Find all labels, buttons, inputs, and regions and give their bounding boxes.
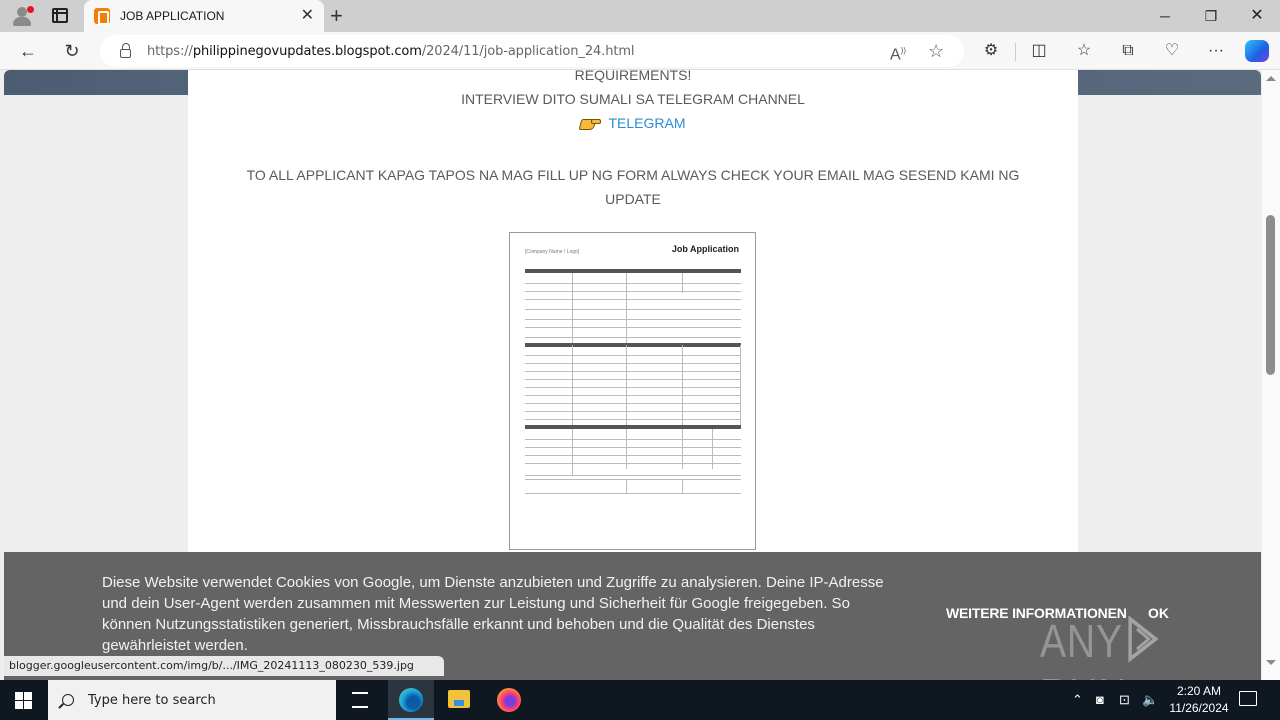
form-line	[525, 291, 741, 292]
link-status-bar: blogger.googleusercontent.com/img/b/.../…	[4, 656, 444, 676]
refresh-button[interactable]: ↻	[58, 38, 86, 64]
url-text[interactable]: https://philippinegovupdates.blogspot.co…	[147, 44, 634, 59]
notification-center-icon[interactable]	[1239, 691, 1257, 706]
system-clock[interactable]: 2:20 AM 11/26/2024	[1160, 683, 1238, 717]
form-line	[525, 479, 741, 480]
read-aloud-icon[interactable]: A))	[890, 35, 906, 67]
camera-icon[interactable]: ◙	[1096, 680, 1104, 720]
restore-button[interactable]: ❐	[1188, 0, 1234, 32]
network-icon[interactable]: ⊡	[1119, 680, 1130, 720]
form-section-bar	[525, 269, 741, 273]
address-bar[interactable]: https://philippinegovupdates.blogspot.co…	[100, 35, 964, 67]
form-line	[682, 429, 683, 469]
search-icon	[62, 694, 74, 706]
profile-icon[interactable]	[10, 5, 34, 27]
tab-actions-icon[interactable]	[52, 8, 68, 23]
back-button[interactable]: ←	[14, 38, 42, 64]
taskbar-search[interactable]: Type here to search	[48, 680, 336, 720]
blogger-icon	[94, 8, 110, 24]
file-explorer-taskbar-button[interactable]	[436, 680, 482, 720]
interview-text: INTERVIEW DITO SUMALI SA TELEGRAM CHANNE…	[188, 91, 1078, 107]
form-line	[525, 463, 741, 464]
windows-taskbar: Type here to search ⌃ ◙ ⊡ 🔈 2:20 AM 11/2…	[0, 680, 1280, 720]
anyrun-watermark: ANYRUN	[1040, 614, 1228, 680]
requirements-text: REQUIREMENTS!	[188, 70, 1078, 83]
form-line	[525, 447, 741, 448]
form-line	[525, 379, 741, 380]
telegram-line: TELEGRAM	[188, 115, 1078, 131]
form-line	[525, 319, 741, 320]
show-hidden-icons-chevron-icon[interactable]: ⌃	[1072, 680, 1083, 720]
extensions-icon[interactable]: ⚙	[977, 38, 1005, 64]
browser-essentials-icon[interactable]: ♡	[1158, 38, 1186, 64]
firefox-icon	[497, 688, 521, 712]
copilot-icon[interactable]	[1245, 40, 1269, 62]
minimize-button[interactable]: ─	[1142, 0, 1188, 32]
pointing-hand-icon	[580, 117, 600, 129]
form-line	[712, 429, 713, 469]
form-line	[525, 419, 741, 420]
edge-icon	[399, 688, 423, 712]
form-title: Job Application	[672, 244, 739, 254]
scroll-thumb[interactable]	[1266, 215, 1275, 375]
file-explorer-icon	[448, 690, 470, 708]
favorite-star-icon[interactable]: ☆	[928, 35, 944, 67]
clock-time: 2:20 AM	[1160, 683, 1238, 700]
form-line	[525, 403, 741, 404]
job-application-form-image[interactable]: [Company Name / Logo] Job Application	[509, 232, 756, 550]
clock-date: 11/26/2024	[1160, 700, 1238, 717]
form-line	[525, 283, 741, 284]
form-line	[682, 273, 683, 293]
form-line	[572, 273, 573, 343]
form-line	[572, 345, 573, 425]
title-bar: JOB APPLICATION ✕ + ─ ❐ ✕	[0, 0, 1280, 32]
close-tab-icon[interactable]: ✕	[301, 8, 314, 24]
tab-title: JOB APPLICATION	[120, 9, 301, 23]
form-line	[525, 439, 741, 440]
collections-icon[interactable]: ⧉	[1114, 38, 1142, 64]
browser-tab[interactable]: JOB APPLICATION ✕	[84, 0, 324, 32]
form-line	[525, 395, 741, 396]
form-section-bar	[525, 425, 741, 429]
windows-start-icon[interactable]	[15, 692, 33, 709]
form-company-placeholder: [Company Name / Logo]	[525, 249, 579, 255]
form-line	[626, 479, 627, 493]
form-line	[525, 337, 741, 338]
form-line	[740, 345, 741, 425]
split-screen-icon[interactable]: ◫	[1025, 38, 1053, 64]
lock-icon[interactable]	[120, 49, 131, 58]
volume-icon[interactable]: 🔈	[1142, 680, 1158, 720]
scroll-down-arrow-icon[interactable]	[1266, 660, 1276, 665]
firefox-taskbar-button[interactable]	[486, 680, 532, 720]
form-line	[682, 345, 683, 425]
form-line	[525, 363, 741, 364]
watermark-right: RUN	[1040, 669, 1127, 680]
cookie-text: Diese Website verwendet Cookies von Goog…	[102, 572, 892, 656]
toolbar-divider	[1015, 43, 1016, 61]
form-line	[525, 355, 741, 356]
task-view-icon[interactable]	[352, 692, 368, 708]
form-line	[626, 345, 627, 425]
form-section-bar	[525, 343, 741, 347]
form-line	[525, 411, 741, 412]
browser-toolbar: ← ↻ https://philippinegovupdates.blogspo…	[0, 32, 1280, 70]
form-line	[572, 429, 573, 475]
more-icon[interactable]: ···	[1202, 38, 1230, 64]
close-window-button[interactable]: ✕	[1234, 0, 1280, 32]
search-placeholder: Type here to search	[88, 693, 216, 708]
page-viewport: REQUIREMENTS! INTERVIEW DITO SUMALI SA T…	[0, 70, 1280, 680]
form-line	[525, 493, 741, 494]
form-line	[626, 273, 627, 343]
scroll-up-arrow-icon[interactable]	[1266, 76, 1276, 81]
form-line	[682, 479, 683, 493]
favorites-icon[interactable]: ☆	[1070, 38, 1098, 64]
form-line	[525, 327, 741, 328]
form-line	[525, 475, 741, 476]
form-line	[525, 455, 741, 456]
play-logo-icon	[1126, 615, 1160, 663]
form-line	[525, 299, 741, 300]
form-line	[525, 387, 741, 388]
form-line	[525, 371, 741, 372]
watermark-left: ANY	[1040, 615, 1123, 667]
applicant-notice: TO ALL APPLICANT KAPAG TAPOS NA MAG FILL…	[188, 163, 1078, 211]
new-tab-button[interactable]: +	[330, 2, 343, 30]
form-line	[525, 309, 741, 310]
vertical-scrollbar[interactable]	[1262, 70, 1280, 680]
edge-taskbar-button[interactable]	[388, 680, 434, 720]
form-line	[626, 429, 627, 469]
telegram-link[interactable]: TELEGRAM	[608, 115, 685, 131]
